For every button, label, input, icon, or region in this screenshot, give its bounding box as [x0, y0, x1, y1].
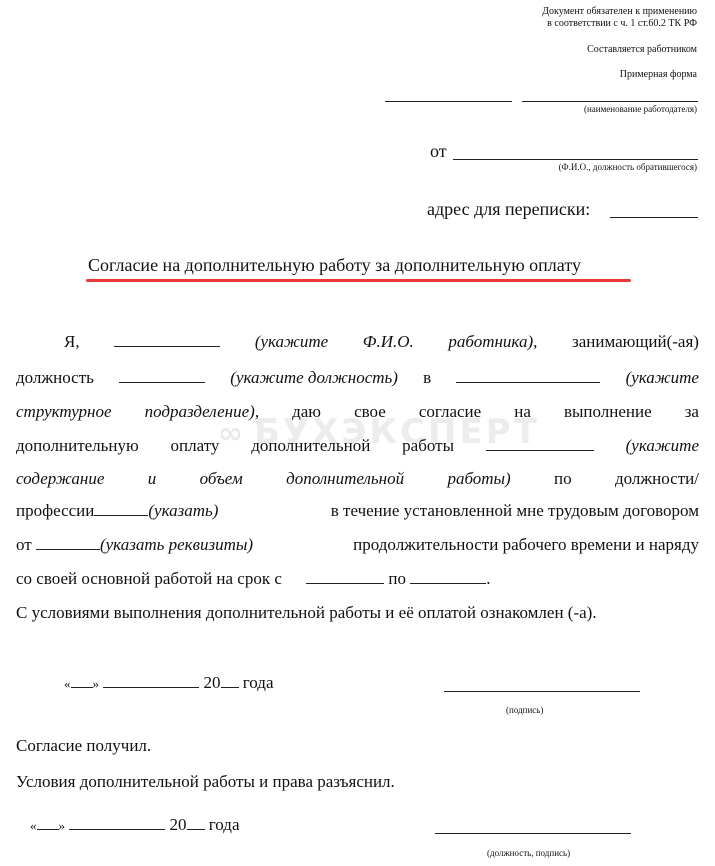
- text: Я,: [64, 332, 80, 352]
- text: оплату: [171, 436, 220, 456]
- text: »: [93, 676, 100, 691]
- text: выполнение: [564, 402, 652, 422]
- employee-name-blank[interactable]: [114, 332, 220, 347]
- text: работника),: [448, 332, 537, 352]
- text: Ф.И.О.: [363, 332, 414, 352]
- profession-blank[interactable]: [94, 501, 148, 516]
- text: по: [388, 569, 406, 588]
- text: профессии: [16, 501, 94, 520]
- text: объем: [200, 469, 243, 489]
- text: в течение установленной мне трудовым дог…: [331, 501, 699, 521]
- text: подразделение),: [145, 402, 259, 422]
- body-line-1: Я, (укажите Ф.И.О. работника), занимающи…: [16, 332, 699, 352]
- text: по: [554, 469, 572, 489]
- employer-caption: (наименование работодателя): [584, 104, 697, 115]
- text: продолжительности рабочего времени и нар…: [353, 535, 699, 555]
- text: дополнительную: [16, 436, 139, 456]
- body-line-7: от (указать реквизиты) продолжительности…: [16, 535, 699, 555]
- work-content-blank[interactable]: [486, 436, 594, 451]
- text: .: [486, 569, 490, 588]
- signature1-sign-blank[interactable]: [444, 691, 640, 692]
- body-line-8: со своей основной работой на срок с по .: [16, 569, 699, 589]
- text: даю: [292, 402, 321, 422]
- signature1-caption: (подпись): [506, 705, 543, 716]
- text: и: [148, 469, 157, 489]
- text: дополнительной: [251, 436, 370, 456]
- text: работы: [402, 436, 454, 456]
- text: в: [423, 368, 431, 388]
- signature1-month-blank[interactable]: [103, 673, 199, 688]
- explained-line: Условия дополнительной работы и права ра…: [16, 772, 395, 792]
- signature1-date: «» 20 года: [64, 673, 274, 693]
- header-note-line2: в соответствии с ч. 1 ст.60.2 ТК РФ: [542, 18, 697, 30]
- text: года: [243, 673, 274, 692]
- header-note-line1: Документ обязателен к применению: [542, 6, 697, 18]
- text: за: [685, 402, 699, 422]
- text: работы): [447, 469, 510, 488]
- text: должность: [16, 368, 94, 388]
- header-note: Документ обязателен к применению в соотв…: [542, 6, 697, 30]
- text: (укажите: [255, 332, 328, 352]
- from-blank[interactable]: [453, 159, 698, 160]
- compiled-by-note: Составляется работником: [587, 44, 697, 56]
- text: года: [209, 815, 240, 834]
- text: (укажите: [626, 368, 699, 388]
- signature2-sign-blank[interactable]: [435, 833, 631, 834]
- body-line-2: должность (укажите должность) в (укажите: [16, 368, 699, 388]
- text: (укажите должность): [230, 368, 398, 388]
- body-line-3: структурное подразделение), даю свое сог…: [16, 402, 699, 422]
- body-line-9: С условиями выполнения дополнительной ра…: [16, 603, 699, 623]
- position-blank[interactable]: [119, 368, 205, 383]
- text: структурное: [16, 402, 112, 422]
- end-date-blank[interactable]: [410, 569, 486, 584]
- employer-blank-2[interactable]: [522, 101, 698, 102]
- body-line-6: профессии(указать) в течение установленн…: [16, 501, 699, 521]
- employer-blank-1[interactable]: [385, 101, 512, 102]
- body-line-5: содержание и объем дополнительной работы…: [16, 469, 699, 489]
- signature1-year-blank[interactable]: [221, 673, 239, 688]
- signature2-year-blank[interactable]: [187, 815, 205, 830]
- from-label: от: [430, 141, 447, 162]
- text: согласие: [419, 402, 481, 422]
- text: дополнительной: [286, 469, 404, 489]
- text: (укажите: [626, 436, 699, 456]
- signature2-day-blank[interactable]: [37, 815, 59, 830]
- document-title: Согласие на дополнительную работу за доп…: [88, 255, 581, 276]
- text: 20: [170, 815, 187, 834]
- form-type-note: Примерная форма: [620, 69, 697, 81]
- text: »: [59, 818, 66, 833]
- signature1-day-blank[interactable]: [71, 673, 93, 688]
- address-blank[interactable]: [610, 217, 698, 218]
- signature2-caption: (должность, подпись): [487, 848, 570, 859]
- received-line: Согласие получил.: [16, 736, 151, 756]
- text: от: [16, 535, 32, 554]
- address-label: адрес для переписки:: [427, 199, 590, 220]
- text: (указать): [148, 501, 218, 520]
- text: со своей основной работой на срок с: [16, 569, 282, 588]
- signature2-month-blank[interactable]: [69, 815, 165, 830]
- text: занимающий(-ая): [572, 332, 699, 352]
- start-date-blank[interactable]: [306, 569, 384, 584]
- text: на: [514, 402, 531, 422]
- body-line-4: дополнительную оплату дополнительной раб…: [16, 436, 699, 456]
- from-caption: (Ф.И.О., должность обратившегося): [559, 162, 697, 173]
- contract-details-blank[interactable]: [36, 535, 100, 550]
- text: должности/: [615, 469, 699, 489]
- signature2-date: «» 20 года: [30, 815, 240, 835]
- department-blank[interactable]: [456, 368, 600, 383]
- text: свое: [354, 402, 386, 422]
- text: содержание: [16, 469, 104, 489]
- title-underline: [86, 279, 631, 282]
- text: (указать реквизиты): [100, 535, 253, 554]
- text: 20: [204, 673, 221, 692]
